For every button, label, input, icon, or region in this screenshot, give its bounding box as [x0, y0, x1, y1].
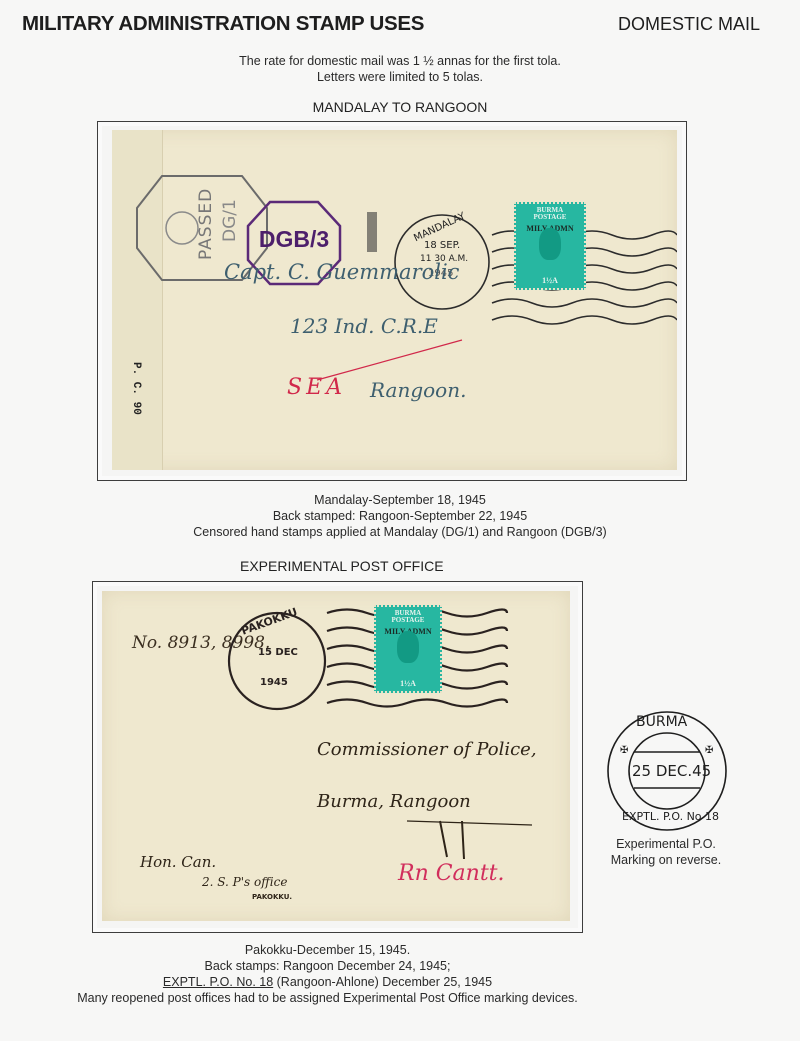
sender-line-2: 2. S. P's office — [202, 875, 287, 889]
intro-line-1: The rate for domestic mail was 1 ½ annas… — [0, 53, 800, 69]
caption-2-line-3-rest: (Rangoon-Ahlone) December 25, 1945 — [273, 975, 492, 989]
address-line-1: Capt. C. Guemmarolic — [224, 260, 459, 284]
exptl-po-link-text: EXPTL. P.O. No. 18 — [163, 975, 273, 989]
address-line-2: Burma, Rangoon — [317, 791, 471, 812]
sender-line-1: Hon. Can. — [140, 853, 216, 871]
marking-bottom: EXPTL. P.O. No 18 — [622, 810, 719, 823]
caption-1-line-1: Mandalay-September 18, 1945 — [0, 492, 800, 508]
marking-caption-1: Experimental P.O. — [596, 836, 736, 852]
caption-2-line-4: Many reopened post offices had to be ass… — [0, 990, 655, 1006]
passed-code: DG/1 — [220, 199, 240, 242]
section-heading-mandalay: MANDALAY TO RANGOON — [0, 99, 800, 115]
page-title: MILITARY ADMINISTRATION STAMP USES — [22, 12, 424, 36]
envelope-pakokku: No. 8913, 8998. PAKOKKU 15 DEC 1945 BURM… — [102, 591, 570, 921]
red-annotation: Rn Cantt. — [398, 861, 505, 886]
stamp-postage: POSTAGE — [516, 214, 584, 221]
caption-2-line-3: EXPTL. P.O. No. 18 (Rangoon-Ahlone) Dece… — [0, 974, 655, 990]
marking-caption-2: Marking on reverse. — [596, 852, 736, 868]
passed-text: PASSED — [196, 188, 216, 260]
mandalay-postmark-date: 18 SEP. — [424, 240, 460, 251]
intro-line-2: Letters were limited to 5 tolas. — [0, 69, 800, 85]
burma-stamp-2: BURMA POSTAGE MILY ADMN 1½A — [374, 605, 442, 693]
caption-2-line-2: Back stamps: Rangoon December 24, 1945; — [0, 958, 655, 974]
caption-1-line-2: Back stamped: Rangoon-September 22, 1945 — [0, 508, 800, 524]
pakokku-postmark-date: 15 DEC — [258, 647, 298, 658]
address-line-1: Commissioner of Police, — [317, 739, 537, 760]
sender-line-3: PAKOKKU. — [252, 893, 292, 901]
svg-text:✠: ✠ — [620, 745, 628, 756]
king-portrait-icon — [539, 228, 561, 260]
pakokku-postmark-year: 1945 — [260, 677, 288, 688]
envelope-mandalay: P. C. 90 PASSED DG/1 DGB/3 MANDALAY 18 S… — [112, 130, 677, 470]
svg-text:✠: ✠ — [705, 745, 713, 756]
page-subtitle: DOMESTIC MAIL — [618, 14, 760, 35]
king-portrait-icon — [397, 631, 419, 663]
address-line-3: Rangoon. — [370, 378, 466, 402]
address-underline — [402, 817, 542, 867]
stamp-value: 1½A — [376, 679, 440, 688]
stamp-postage: POSTAGE — [376, 617, 440, 624]
section-heading-experimental: EXPERIMENTAL POST OFFICE — [240, 558, 444, 574]
caption-2-line-1: Pakokku-December 15, 1945. — [0, 942, 655, 958]
marking-top: BURMA — [636, 714, 687, 730]
caption-1-line-3: Censored hand stamps applied at Mandalay… — [0, 524, 800, 540]
censor-strip-label: P. C. 90 — [130, 362, 142, 415]
stamp-value: 1½A — [516, 276, 584, 285]
dgb3-text: DGB/3 — [252, 226, 336, 253]
burma-stamp-1: BURMA POSTAGE MILY ADMN 1½A — [514, 202, 586, 290]
marking-date: 25 DEC.45 — [632, 762, 711, 780]
